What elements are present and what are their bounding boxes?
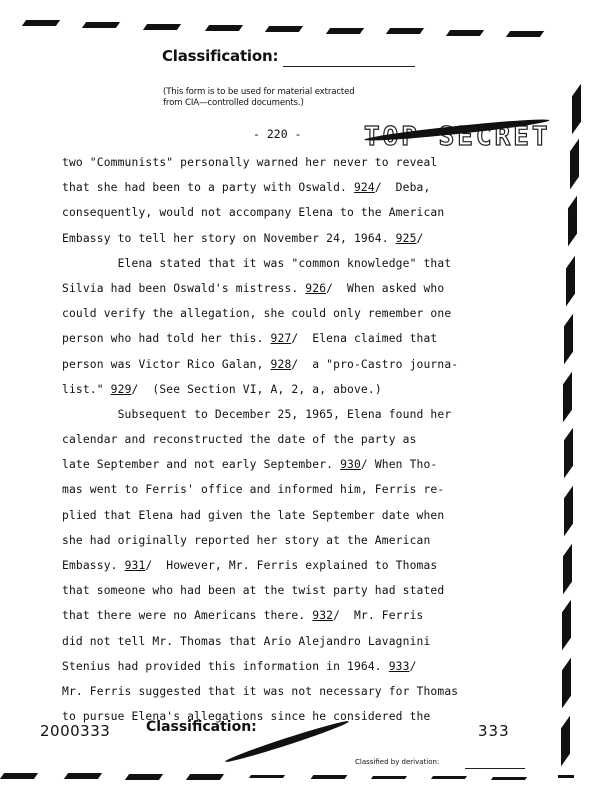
text-line: did not tell Mr. Thomas that Ario Alejan… xyxy=(62,629,502,654)
text-segment: / xyxy=(410,660,417,673)
document-page: Classification: (This form is to be used… xyxy=(0,0,612,791)
text-segment: did not tell Mr. Thomas that Ario Alejan… xyxy=(62,635,430,648)
text-segment: Embassy. xyxy=(62,559,125,572)
classification-blank-line xyxy=(283,66,415,67)
text-segment: that someone who had been at the twist p… xyxy=(62,584,444,597)
text-segment: Subsequent to December 25, 1965, Elena f… xyxy=(62,408,451,421)
footnote-reference: 924 xyxy=(354,181,375,194)
footnote-reference: 927 xyxy=(271,332,292,345)
text-segment: / However, Mr. Ferris explained to Thoma… xyxy=(145,559,437,572)
text-segment: that there were no Americans there. xyxy=(62,609,312,622)
text-line: Stenius had provided this information in… xyxy=(62,654,502,679)
text-line: Embassy to tell her story on November 24… xyxy=(62,226,502,251)
text-line: Mr. Ferris suggested that it was not nec… xyxy=(62,679,502,704)
page-stamp-number: 333 xyxy=(478,722,510,740)
derivation-label: Classified by derivation: xyxy=(355,758,439,766)
text-segment: two "Communists" personally warned her n… xyxy=(62,156,437,169)
text-segment: / (See Section VI, A, 2, a, above.) xyxy=(132,383,382,396)
text-segment: list." xyxy=(62,383,111,396)
text-segment: / Mr. Ferris xyxy=(333,609,423,622)
text-line: that she had been to a party with Oswald… xyxy=(62,175,502,200)
text-line: to pursue Elena's allegations since he c… xyxy=(62,704,502,729)
text-segment: / xyxy=(417,232,424,245)
text-line: consequently, would not accompany Elena … xyxy=(62,200,502,225)
derivation-blank-line xyxy=(465,768,525,769)
text-line: two "Communists" personally warned her n… xyxy=(62,150,502,175)
text-line: mas went to Ferris' office and informed … xyxy=(62,477,502,502)
text-line: calendar and reconstructed the date of t… xyxy=(62,427,502,452)
text-segment: Elena stated that it was "common knowled… xyxy=(62,257,451,270)
text-line: Elena stated that it was "common knowled… xyxy=(62,251,502,276)
footnote-reference: 931 xyxy=(125,559,146,572)
footnote-reference: 932 xyxy=(312,609,333,622)
text-segment: mas went to Ferris' office and informed … xyxy=(62,483,444,496)
bottom-classification-border xyxy=(0,769,612,789)
text-segment: Embassy to tell her story on November 24… xyxy=(62,232,396,245)
footnote-reference: 929 xyxy=(111,383,132,396)
text-segment: person was Victor Rico Galan, xyxy=(62,358,271,371)
text-segment: late September and not early September. xyxy=(62,458,340,471)
text-segment: that she had been to a party with Oswald… xyxy=(62,181,354,194)
top-classification-border xyxy=(0,14,612,34)
text-segment: person who had told her this. xyxy=(62,332,271,345)
text-segment: / Elena claimed that xyxy=(291,332,437,345)
footnote-reference: 928 xyxy=(271,358,292,371)
text-segment: / When Tho- xyxy=(361,458,437,471)
text-segment: Silvia had been Oswald's mistress. xyxy=(62,282,305,295)
text-line: late September and not early September. … xyxy=(62,452,502,477)
classification-footer-label: Classification: xyxy=(146,719,257,735)
text-segment: / a "pro-Castro journa- xyxy=(291,358,458,371)
text-segment: Mr. Ferris suggested that it was not nec… xyxy=(62,685,458,698)
footnote-reference: 933 xyxy=(389,660,410,673)
form-usage-note: (This form is to be used for material ex… xyxy=(163,87,423,109)
text-line: person was Victor Rico Galan, 928/ a "pr… xyxy=(62,352,502,377)
footnote-reference: 925 xyxy=(396,232,417,245)
right-classification-border xyxy=(560,0,600,791)
text-line: person who had told her this. 927/ Elena… xyxy=(62,326,502,351)
form-note-line-2: from CIA—controlled documents.) xyxy=(163,98,423,109)
footnote-reference: 930 xyxy=(340,458,361,471)
text-line: could verify the allegation, she could o… xyxy=(62,301,502,326)
classification-header-label: Classification: xyxy=(162,47,278,65)
text-segment: calendar and reconstructed the date of t… xyxy=(62,433,417,446)
text-line: plied that Elena had given the late Sept… xyxy=(62,503,502,528)
text-line: that someone who had been at the twist p… xyxy=(62,578,502,603)
text-segment: she had originally reported her story at… xyxy=(62,534,430,547)
text-line: she had originally reported her story at… xyxy=(62,528,502,553)
body-text: two "Communists" personally warned her n… xyxy=(62,150,502,729)
text-segment: could verify the allegation, she could o… xyxy=(62,307,451,320)
text-line: that there were no Americans there. 932/… xyxy=(62,603,502,628)
text-line: list." 929/ (See Section VI, A, 2, a, ab… xyxy=(62,377,502,402)
text-segment: plied that Elena had given the late Sept… xyxy=(62,509,444,522)
text-segment: / When asked who xyxy=(326,282,444,295)
text-line: Silvia had been Oswald's mistress. 926/ … xyxy=(62,276,502,301)
page-number: - 220 - xyxy=(253,127,301,141)
text-line: Embassy. 931/ However, Mr. Ferris explai… xyxy=(62,553,502,578)
footnote-reference: 926 xyxy=(305,282,326,295)
text-segment: / Deba, xyxy=(375,181,431,194)
top-secret-stamp: TOP SECRET xyxy=(356,112,546,154)
text-segment: consequently, would not accompany Elena … xyxy=(62,206,444,219)
text-segment: Stenius had provided this information in… xyxy=(62,660,389,673)
form-note-line-1: (This form is to be used for material ex… xyxy=(163,87,423,98)
document-id: 2000333 xyxy=(40,722,110,740)
text-line: Subsequent to December 25, 1965, Elena f… xyxy=(62,402,502,427)
